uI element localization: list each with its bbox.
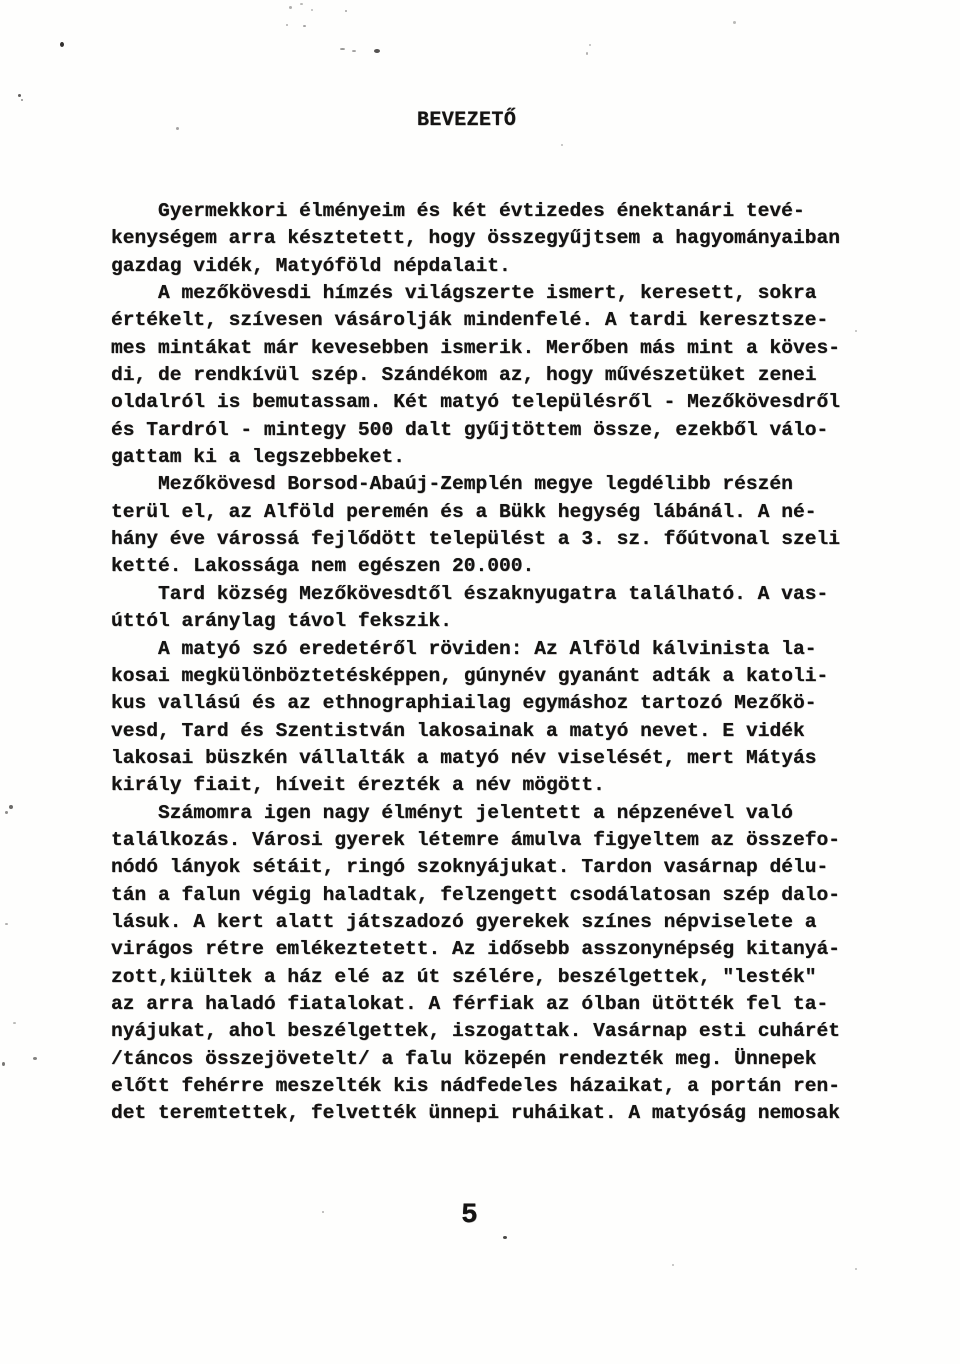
text-line: vesd, Tard és Szentistván lakosainak a m… <box>111 718 857 745</box>
text-line: tán a falun végig haladtak, felzengett c… <box>111 882 857 909</box>
text-line: lakosai büszkén vállalták a matyó név vi… <box>111 745 857 772</box>
paragraph: Gyermekkori élményeim és két évtizedes é… <box>111 198 857 280</box>
scan-speckle <box>60 42 64 47</box>
scan-speckle <box>340 48 345 50</box>
scan-speckle <box>303 25 306 27</box>
text-line: di, de rendkívül szép. Szándékom az, hog… <box>111 362 857 389</box>
scan-speckle <box>33 1057 37 1060</box>
scan-speckle <box>9 805 13 809</box>
scan-speckle <box>855 1268 857 1270</box>
scan-speckle <box>345 10 347 12</box>
text-line: értékelt, szívesen vásárolják mindenfelé… <box>111 307 857 334</box>
scan-speckle <box>289 6 292 9</box>
text-line: király fiait, híveit érezték a név mögöt… <box>111 772 857 799</box>
scan-speckle <box>300 3 303 5</box>
text-line: kosai megkülönböztetésképpen, gúnynév gy… <box>111 663 857 690</box>
scan-speckle <box>733 21 736 24</box>
text-line: előtt fehérre meszelték kis nádfedeles h… <box>111 1073 857 1100</box>
text-line: kenységem arra késztetett, hogy összegyű… <box>111 225 857 252</box>
text-line: Számomra igen nagy élményt jelentett a n… <box>111 800 857 827</box>
page-number: 5 <box>461 1200 478 1231</box>
scanned-document-page: BEVEZETŐ Gyermekkori élményeim és két év… <box>0 0 960 1364</box>
scan-speckle <box>5 923 8 925</box>
paragraph: Mezőkövesd Borsod-Abaúj-Zemplén megye le… <box>111 471 857 580</box>
paragraph: A mezőkövesdi hímzés világszerte ismert,… <box>111 280 857 471</box>
scan-speckle <box>176 127 179 130</box>
text-line: ketté. Lakossága nem egészen 20.000. <box>111 553 857 580</box>
text-body: Gyermekkori élményeim és két évtizedes é… <box>111 198 857 1128</box>
scan-speckle <box>18 94 21 97</box>
text-line: A mezőkövesdi hímzés világszerte ismert,… <box>111 280 857 307</box>
text-line: oldalról is bemutassam. Két matyó telepü… <box>111 389 857 416</box>
text-line: lásuk. A kert alatt játszadozó gyerekek … <box>111 909 857 936</box>
text-line: /táncos összejövetelt/ a falu közepén re… <box>111 1046 857 1073</box>
paragraph: Számomra igen nagy élményt jelentett a n… <box>111 800 857 1128</box>
scan-speckle <box>589 44 591 46</box>
text-line: gazdag vidék, Matyóföld népdalait. <box>111 253 857 280</box>
text-line: A matyó szó eredetéről röviden: Az Alföl… <box>111 636 857 663</box>
scan-speckle <box>561 144 563 146</box>
text-line: nódó lányok sétáit, ringó szoknyájukat. … <box>111 854 857 881</box>
scan-speckle <box>311 9 313 11</box>
scan-speckle <box>374 49 380 53</box>
scan-speckle <box>286 24 288 26</box>
paragraph: A matyó szó eredetéről röviden: Az Alföl… <box>111 636 857 800</box>
text-line: kus vallású és az ethnographiailag egymá… <box>111 690 857 717</box>
text-line: virágos rétre emlékeztetett. Az idősebb … <box>111 936 857 963</box>
text-line: det teremtettek, felvették ünnepi ruháik… <box>111 1100 857 1127</box>
paragraph: Tard község Mezőkövesdtől északnyugatra … <box>111 581 857 636</box>
text-line: gattam ki a legszebbeket. <box>111 444 857 471</box>
text-line: Gyermekkori élményeim és két évtizedes é… <box>111 198 857 225</box>
text-line: az arra haladó fiatalokat. A férfiak az … <box>111 991 857 1018</box>
scan-speckle <box>5 811 8 814</box>
text-line: találkozás. Városi gyerek létemre ámulva… <box>111 827 857 854</box>
text-line: zott,kiültek a ház elé az út szélére, be… <box>111 964 857 991</box>
scan-speckle <box>2 1062 5 1066</box>
text-line: hány éve várossá fejlődött települést a … <box>111 526 857 553</box>
scan-speckle <box>503 1236 507 1239</box>
text-line: Mezőkövesd Borsod-Abaúj-Zemplén megye le… <box>111 471 857 498</box>
text-line: Tard község Mezőkövesdtől északnyugatra … <box>111 581 857 608</box>
scan-speckle <box>672 1264 674 1266</box>
text-line: terül el, az Alföld peremén és a Bükk he… <box>111 499 857 526</box>
scan-speckle <box>855 330 857 332</box>
text-line: és Tardról - mintegy 500 dalt gyűjtöttem… <box>111 417 857 444</box>
scan-speckle <box>21 99 23 101</box>
scan-speckle <box>322 1211 324 1213</box>
scan-speckle <box>13 1022 16 1024</box>
scan-speckle <box>586 52 588 55</box>
page-title: BEVEZETŐ <box>417 109 516 132</box>
scan-speckle <box>352 50 356 52</box>
text-line: mes mintákat már kevesebben ismerik. Mer… <box>111 335 857 362</box>
text-line: úttól aránylag távol fekszik. <box>111 608 857 635</box>
text-line: nyájukat, ahol beszélgettek, iszogattak.… <box>111 1018 857 1045</box>
